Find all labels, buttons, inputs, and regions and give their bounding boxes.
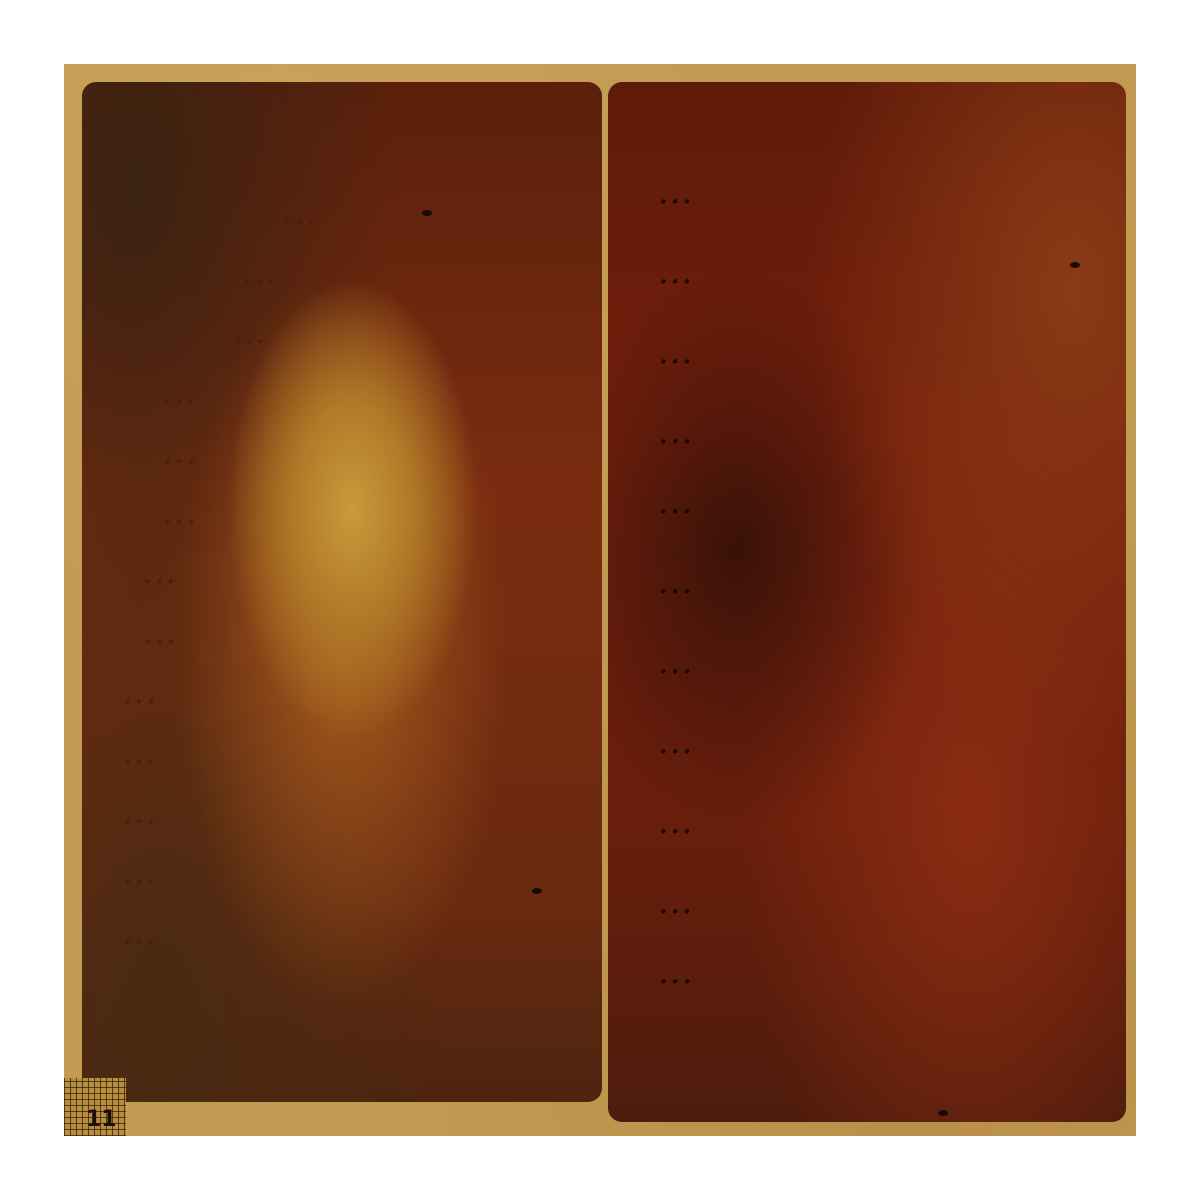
left-manuscript-page: ... ... ... ... ... ... ... ... ... ... … (82, 82, 602, 1102)
ink-spot (1070, 262, 1080, 268)
handwriting-line: ... (658, 172, 693, 208)
handwriting-line: ... (658, 802, 693, 838)
ink-spot (938, 1110, 948, 1116)
handwriting-line: ... (122, 672, 157, 708)
page-number: 11 (86, 1107, 117, 1132)
ink-spot (532, 888, 542, 894)
handwriting-line: ... (658, 952, 693, 988)
handwriting-line: ... (162, 432, 197, 468)
handwriting-line: ... (658, 482, 693, 518)
parchment-background: ... ... ... ... ... ... ... ... ... ... … (64, 64, 1136, 1136)
handwriting-line: ... (658, 642, 693, 678)
handwriting-line: ... (162, 492, 197, 528)
handwriting-line: ... (162, 372, 197, 408)
handwriting-line: ... (658, 882, 693, 918)
handwriting-line: ... (658, 722, 693, 758)
graph-paper-corner: 11 (64, 1078, 126, 1136)
handwriting-line: ... (122, 732, 157, 768)
handwriting-line: ... (242, 252, 277, 288)
handwriting-line: ... (658, 332, 693, 368)
handwriting-line: ... (122, 912, 157, 948)
handwriting-line: ... (142, 552, 177, 588)
handwriting-line: ... (232, 312, 267, 348)
handwriting-line: ... (658, 562, 693, 598)
ink-spot (422, 210, 432, 216)
right-manuscript-page: ... ... ... ... ... ... ... ... ... ... … (608, 82, 1126, 1122)
handwriting-line: ... (122, 792, 157, 828)
handwriting-line: ... (142, 612, 177, 648)
handwriting-line: ... (122, 852, 157, 888)
handwriting-line: ... (282, 192, 317, 228)
handwriting-line: ... (658, 412, 693, 448)
handwriting-line: ... (658, 252, 693, 288)
